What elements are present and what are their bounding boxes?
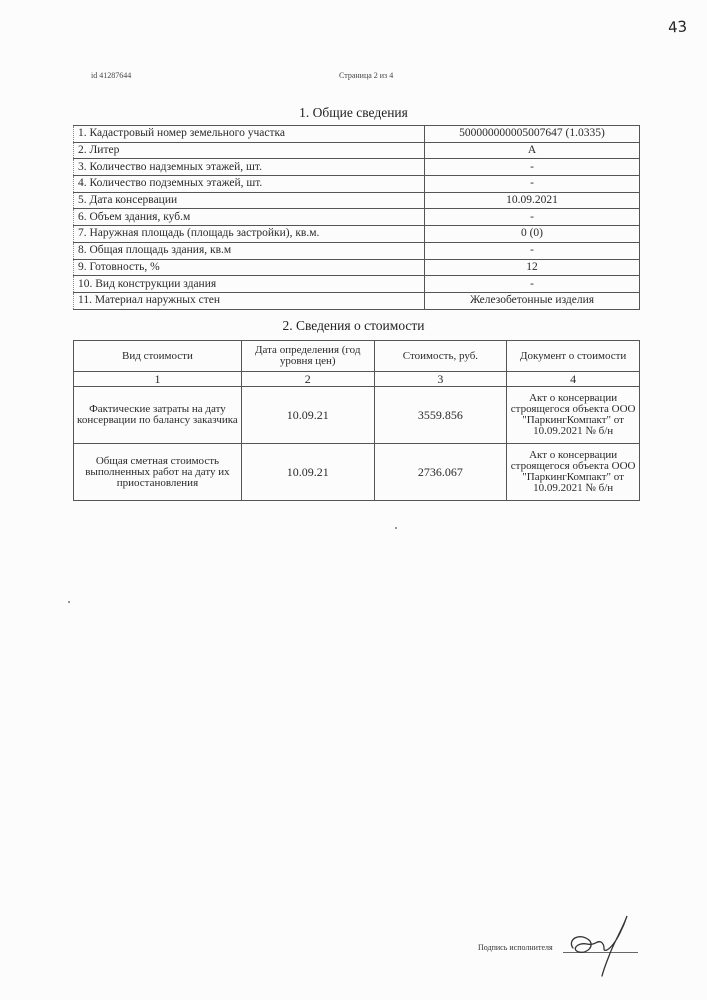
field-label: 3. Количество надземных этажей, шт.	[74, 159, 425, 176]
table-row: Общая сметная стоимость выполненных рабо…	[74, 444, 640, 501]
signature-mark	[565, 910, 635, 980]
field-label: 5. Дата консервации	[74, 192, 425, 209]
cost-type: Фактические затраты на дату консервации …	[74, 387, 242, 444]
table-row: 9. Готовность, %12	[74, 259, 640, 276]
column-number: 4	[507, 372, 640, 387]
table-row: 2. ЛитерА	[74, 142, 640, 159]
cost-document: Акт о консервации строящегося объекта ОО…	[507, 387, 640, 444]
field-label: 7. Наружная площадь (площадь застройки),…	[74, 226, 425, 243]
field-value: -	[425, 242, 640, 259]
field-value: Железобетонные изделия	[425, 292, 640, 309]
field-value: 10.09.2021	[425, 192, 640, 209]
field-label: 11. Материал наружных стен	[74, 292, 425, 309]
cost-date: 10.09.21	[241, 444, 374, 501]
cost-value: 2736.067	[374, 444, 507, 501]
table-row: 10. Вид конструкции здания-	[74, 276, 640, 293]
field-label: 2. Литер	[74, 142, 425, 159]
scan-speck	[395, 527, 397, 529]
table-row: 5. Дата консервации10.09.2021	[74, 192, 640, 209]
table-row: 6. Объем здания, куб.м-	[74, 209, 640, 226]
section2-title: 2. Сведения о стоимости	[0, 318, 707, 334]
cost-date: 10.09.21	[241, 387, 374, 444]
field-label: 4. Количество подземных этажей, шт.	[74, 176, 425, 193]
cost-info-table: Вид стоимости Дата определения (год уров…	[73, 340, 640, 501]
table-row: 8. Общая площадь здания, кв.м-	[74, 242, 640, 259]
field-value: 0 (0)	[425, 226, 640, 243]
field-value: 12	[425, 259, 640, 276]
header-cost: Стоимость, руб.	[374, 341, 507, 372]
field-value: -	[425, 176, 640, 193]
table-row: 3. Количество надземных этажей, шт.-	[74, 159, 640, 176]
general-info-table: 1. Кадастровый номер земельного участка5…	[73, 125, 640, 310]
header-cost-type: Вид стоимости	[74, 341, 242, 372]
field-label: 1. Кадастровый номер земельного участка	[74, 126, 425, 143]
field-label: 9. Готовность, %	[74, 259, 425, 276]
field-value: А	[425, 142, 640, 159]
table-row: 7. Наружная площадь (площадь застройки),…	[74, 226, 640, 243]
field-value: -	[425, 209, 640, 226]
header-date: Дата определения (год уровня цен)	[241, 341, 374, 372]
cost-document: Акт о консервации строящегося объекта ОО…	[507, 444, 640, 501]
document-id: id 41287644	[91, 71, 131, 80]
scan-speck	[68, 601, 70, 603]
header-document: Документ о стоимости	[507, 341, 640, 372]
field-label: 8. Общая площадь здания, кв.м	[74, 242, 425, 259]
handwritten-page-number: 43	[667, 17, 687, 36]
column-number: 1	[74, 372, 242, 387]
cost-type: Общая сметная стоимость выполненных рабо…	[74, 444, 242, 501]
table-row: Фактические затраты на дату консервации …	[74, 387, 640, 444]
field-value: -	[425, 276, 640, 293]
table-row: 4. Количество подземных этажей, шт.-	[74, 176, 640, 193]
table-row: 1. Кадастровый номер земельного участка5…	[74, 126, 640, 143]
section1-title: 1. Общие сведения	[0, 105, 707, 121]
table-row: 11. Материал наружных стенЖелезобетонные…	[74, 292, 640, 309]
column-number: 2	[241, 372, 374, 387]
column-number: 3	[374, 372, 507, 387]
cost-value: 3559.856	[374, 387, 507, 444]
field-label: 10. Вид конструкции здания	[74, 276, 425, 293]
field-label: 6. Объем здания, куб.м	[74, 209, 425, 226]
page-counter: Страница 2 из 4	[339, 71, 393, 80]
field-value: -	[425, 159, 640, 176]
signature-label: Подпись исполнителя	[478, 943, 553, 952]
field-value: 500000000005007647 (1.0335)	[425, 126, 640, 143]
